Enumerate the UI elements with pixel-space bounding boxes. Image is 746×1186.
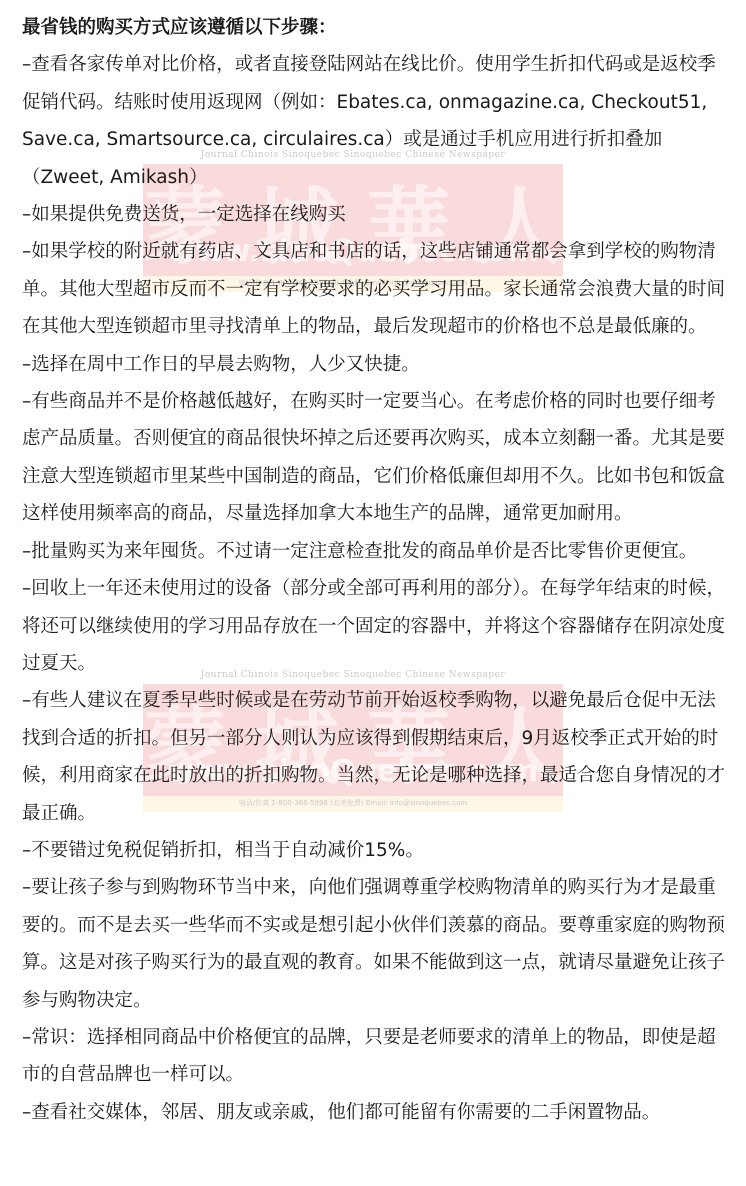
tip-paragraph: –选择在周中工作日的早晨去购物，人少又快捷。 [22,346,732,383]
tip-paragraph: –有些人建议在夏季早些时候或是在劳动节前开始返校季购物，以避免最后仓促中无法找到… [22,682,732,832]
tip-paragraph: –查看各家传单对比价格，或者直接登陆网站在线比价。使用学生折扣代码或是返校季促销… [22,46,732,196]
article-title: 最省钱的购买方式应该遵循以下步骤： [22,9,732,46]
tip-paragraph: –常识：选择相同商品中价格便宜的品牌，只要是老师要求的清单上的物品，即使是超市的… [22,1019,732,1094]
tip-paragraph: –批量购买为来年囤货。不过请一定注意检查批发的商品单价是否比零售价更便宜。 [22,533,732,570]
tip-paragraph: –不要错过免税促销折扣，相当于自动减价15%。 [22,832,732,869]
tip-paragraph: –查看社交媒体，邻居、朋友或亲戚，他们都可能留有你需要的二手闲置物品。 [22,1094,732,1131]
tip-paragraph: –回收上一年还未使用过的设备（部分或全部可再利用的部分）。在每学年结束的时候，将… [22,570,732,682]
tip-paragraph: –有些商品并不是价格越低越好，在购买时一定要当心。在考虑价格的同时也要仔细考虑产… [22,383,732,533]
tip-paragraph: –要让孩子参与到购物环节当中来，向他们强调尊重学校购物清单的购买行为才是最重要的… [22,869,732,1019]
tip-paragraph: –如果提供免费送货，一定选择在线购买 [22,196,732,233]
article-body: 最省钱的购买方式应该遵循以下步骤： –查看各家传单对比价格，或者直接登陆网站在线… [22,9,732,1131]
tip-paragraph: –如果学校的附近就有药店、文具店和书店的话，这些店铺通常都会拿到学校的购物清单。… [22,233,732,345]
